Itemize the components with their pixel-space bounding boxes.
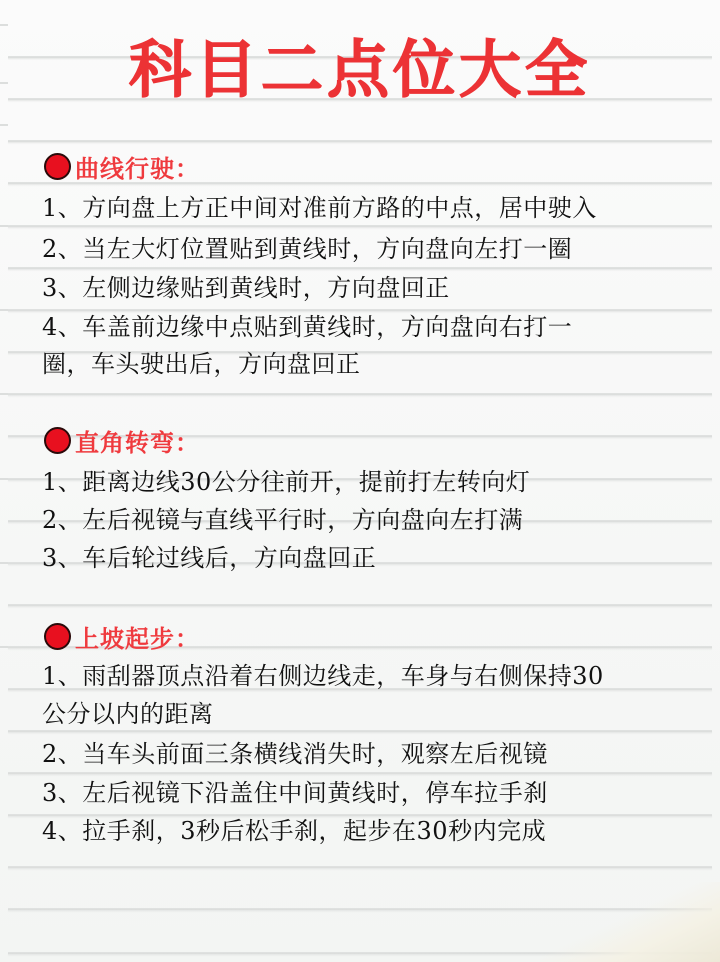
list-item: 4、拉手刹，3秒后松手刹，起步在30秒内完成: [42, 811, 546, 851]
margin-tick: [0, 478, 8, 480]
list-item: 1、雨刮器顶点沿着右侧边线走，车身与右侧保持30: [42, 656, 604, 696]
list-item: 2、左后视镜与直线平行时，方向盘向左打满: [42, 500, 523, 540]
list-item: 3、车后轮过线后，方向盘回正: [42, 538, 376, 578]
section-title: 直角转弯：: [75, 423, 200, 458]
ruled-line: [8, 604, 712, 607]
section-title: 上坡起步：: [75, 619, 200, 654]
page-curl: [540, 882, 720, 962]
section-heading-right-angle-turn: 直角转弯：: [44, 420, 200, 460]
margin-tick: [0, 24, 8, 26]
ruled-line: [8, 866, 712, 869]
list-item: 4、车盖前边缘中点贴到黄线时，方向盘向右打一: [42, 307, 572, 347]
list-item: 公分以内的距离: [42, 694, 214, 734]
margin-tick: [0, 309, 8, 311]
ruled-line: [8, 140, 712, 143]
notebook-page: 科目二点位大全 曲线行驶： 1、方向盘上方正中间对准前方路的中点，居中驶入 2、…: [0, 0, 720, 962]
list-item: 3、左后视镜下沿盖住中间黄线时，停车拉手刹: [42, 773, 548, 813]
section-heading-curve: 曲线行驶：: [44, 146, 200, 186]
list-item: 2、当左大灯位置贴到黄线时，方向盘向左打一圈: [42, 229, 572, 269]
ruled-line: [8, 393, 712, 396]
margin-tick: [0, 562, 8, 564]
page-title: 科目二点位大全: [0, 30, 720, 110]
list-item: 1、距离边线30公分往前开，提前打左转向灯: [42, 462, 530, 502]
list-item: 2、当车头前面三条横线消失时，观察左后视镜: [42, 734, 548, 774]
section-title: 曲线行驶：: [75, 149, 200, 184]
margin-tick: [0, 124, 8, 126]
red-circle-bullet-icon: [44, 153, 71, 180]
red-circle-bullet-icon: [44, 623, 71, 650]
red-circle-bullet-icon: [44, 427, 71, 454]
section-heading-hill-start: 上坡起步：: [44, 616, 200, 656]
list-item: 圈，车头驶出后，方向盘回正: [42, 344, 361, 384]
margin-tick: [0, 393, 8, 395]
list-item: 1、方向盘上方正中间对准前方路的中点，居中驶入: [42, 188, 597, 228]
margin-tick: [0, 646, 8, 648]
list-item: 3、左侧边缘贴到黄线时，方向盘回正: [42, 268, 450, 308]
margin-tick: [0, 225, 8, 227]
